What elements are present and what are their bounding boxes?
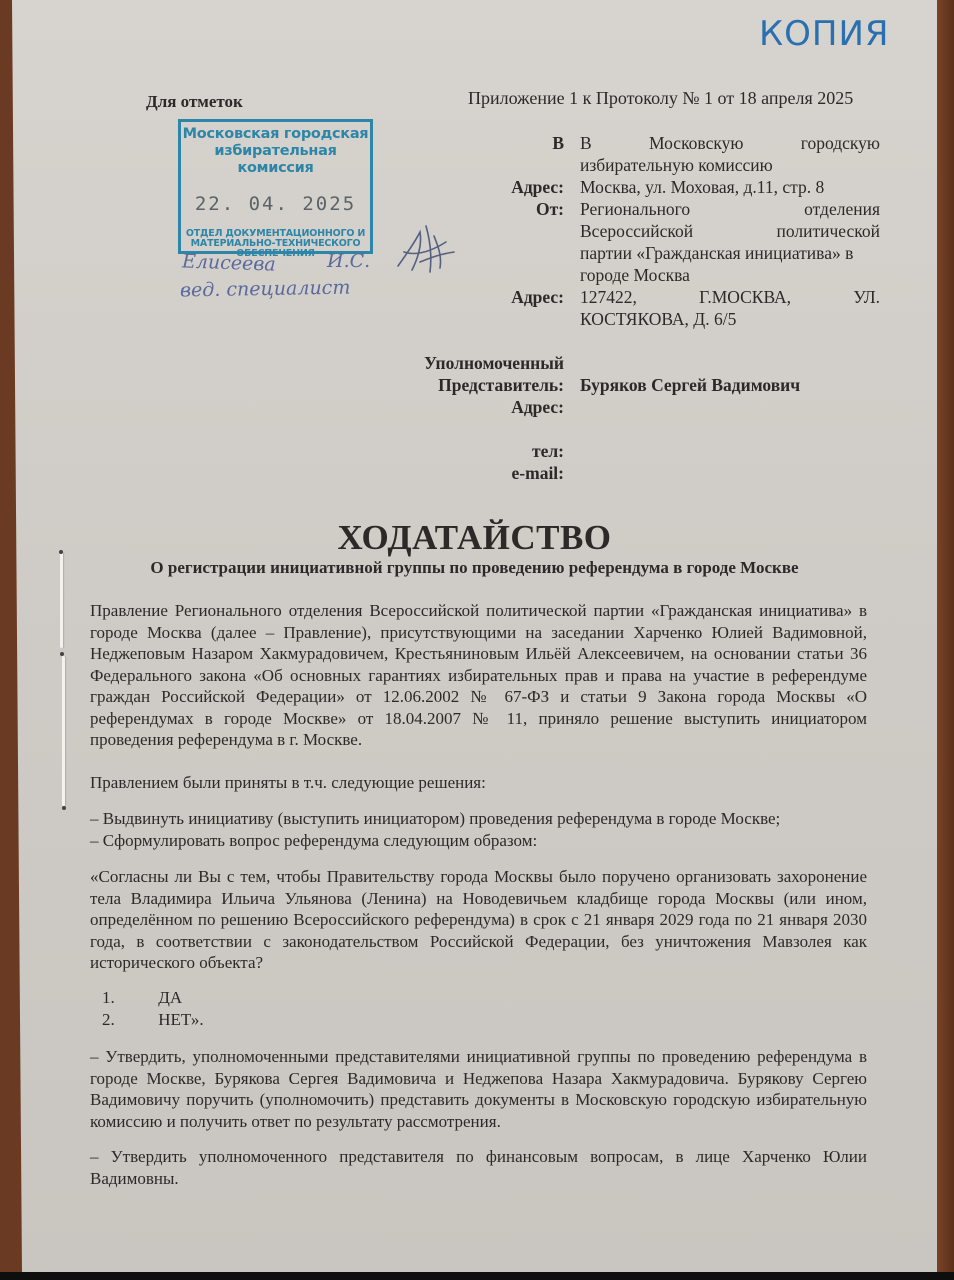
handwritten-name: Елисеева: [182, 250, 276, 275]
document-page: КОПИЯ Для отметок Приложение 1 к Протоко…: [12, 0, 937, 1272]
for-marks-label: Для отметок: [146, 92, 243, 112]
rep-name: Буряков Сергей Вадимович: [580, 374, 880, 396]
decision-3: – Утвердить, уполномоченными представите…: [90, 1046, 867, 1132]
document-subtitle: О регистрации инициативной группы по про…: [12, 558, 937, 578]
address-label: Адрес:: [424, 176, 564, 198]
appendix-reference: Приложение 1 к Протоколу № 1 от 18 апрел…: [468, 88, 853, 109]
background-surface: [937, 0, 954, 1272]
from-label: От:: [424, 198, 564, 220]
copy-watermark: КОПИЯ: [759, 14, 890, 54]
stamp-org: Московская городская избирательная комис…: [181, 126, 370, 177]
from-line3: партии «Гражданская инициатива» в: [580, 242, 880, 264]
to-value-line2: избирательную комиссию: [580, 154, 880, 176]
staple-bottom: [62, 656, 65, 806]
rep-phone-label: тел:: [424, 440, 564, 462]
intro-paragraph: Правление Регионального отделения Всерос…: [90, 600, 867, 751]
option-text: НЕТ».: [158, 1010, 203, 1029]
from-line4: городе Москва: [580, 264, 880, 286]
decision-2: – Сформулировать вопрос референдума след…: [90, 830, 867, 852]
from-address-label: Адрес:: [424, 286, 564, 308]
rep-email-label: e-mail:: [424, 462, 564, 484]
from-address-line1: 127422, Г.МОСКВА, УЛ.: [580, 286, 880, 308]
to-label: В: [424, 132, 564, 154]
decisions-heading: Правлением были приняты в т.ч. следующие…: [90, 772, 867, 794]
decision-4: – Утвердить уполномоченного представител…: [90, 1146, 867, 1189]
rep-label-line2: Представитель:: [424, 374, 564, 396]
option-yes: 1. ДА: [102, 988, 182, 1008]
from-address-line2: КОСТЯКОВА, Д. 6/5: [580, 308, 880, 330]
rep-label-line1: Уполномоченный: [424, 352, 564, 374]
stamp-org-line1: Московская городская: [181, 126, 370, 143]
address-value: Москва, ул. Моховая, д.11, стр. 8: [580, 176, 880, 198]
option-text: ДА: [158, 988, 182, 1007]
photo-border: [0, 1272, 954, 1280]
signature-icon: [390, 222, 460, 282]
handwritten-position: вед. специалист: [180, 277, 351, 302]
document-title: ХОДАТАЙСТВО: [12, 518, 937, 558]
referendum-question: «Согласны ли Вы с тем, чтобы Правительст…: [90, 866, 867, 974]
to-value-line1: В Московскую городскую: [580, 132, 880, 154]
option-number: 1.: [102, 988, 154, 1008]
staple-hole: [60, 652, 64, 656]
rep-address-label: Адрес:: [424, 396, 564, 418]
staple-hole: [62, 806, 66, 810]
decision-1: – Выдвинуть инициативу (выступить инициа…: [90, 808, 867, 830]
from-line1: Регионального отделения: [580, 198, 880, 220]
handwritten-initials: И.С.: [327, 250, 370, 272]
option-no: 2. НЕТ».: [102, 1010, 204, 1030]
registration-stamp: Московская городская избирательная комис…: [178, 119, 373, 254]
stamp-date: 22. 04. 2025: [181, 193, 370, 215]
option-number: 2.: [102, 1010, 154, 1030]
stamp-org-line2: избирательная комиссия: [181, 143, 370, 177]
from-line2: Всероссийской политической: [580, 220, 880, 242]
